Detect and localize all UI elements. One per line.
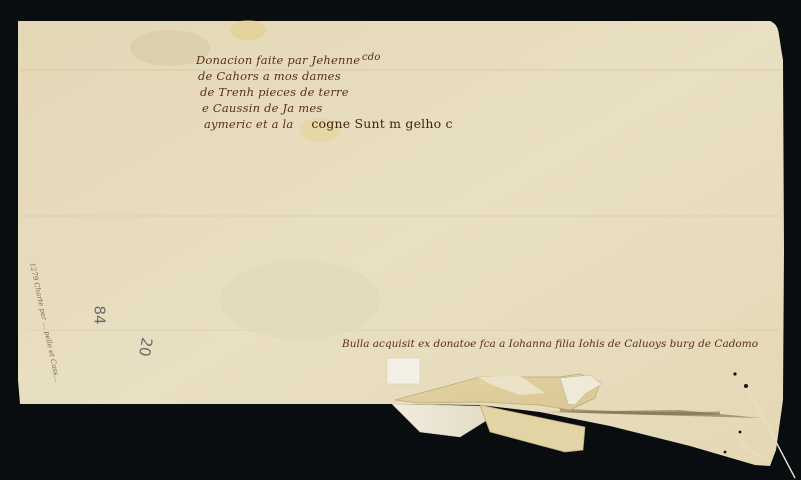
pencil-number-20: 20 bbox=[135, 336, 156, 358]
endorsement-line: de Cahors a mos dames bbox=[198, 68, 453, 84]
endorsement-bottom: Bulla acquisit ex donatoe fca a Iohanna … bbox=[342, 338, 758, 350]
endorsement-line: Donacion faite par Jehenne bbox=[196, 52, 453, 68]
endorsement-line: de Trenh pieces de terre bbox=[200, 84, 453, 100]
endorsement-line-part: aymeric et a la bbox=[204, 117, 293, 131]
endorsement-superscript: cdo bbox=[362, 52, 381, 63]
endorsement-top: Donacion faite par Jehenne de Cahors a m… bbox=[196, 52, 453, 132]
endorsement-line-part: cogne Sunt m gelho c bbox=[311, 116, 452, 131]
document-photograph: Donacion faite par Jehenne de Cahors a m… bbox=[0, 0, 801, 480]
pencil-number-84: 84 bbox=[91, 305, 109, 324]
endorsement-line: e Caussin de Ja mes bbox=[202, 100, 453, 116]
endorsement-line: aymeric et a la cogne Sunt m gelho c bbox=[204, 116, 453, 132]
